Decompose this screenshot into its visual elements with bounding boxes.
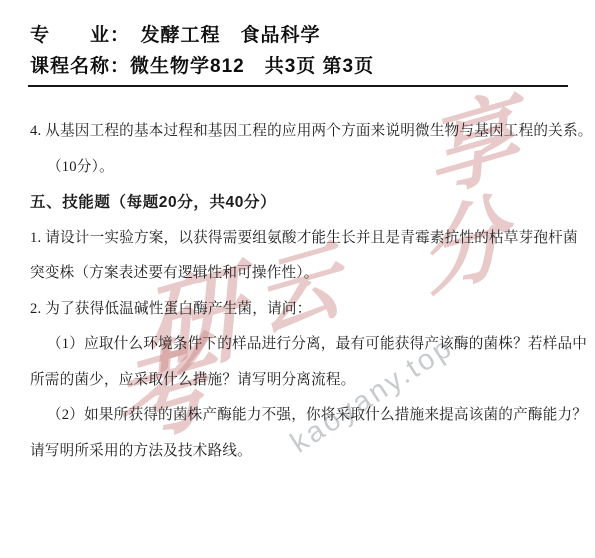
- skill-q1-line1: 1. 请设计一实验方案，以获得需要组氨酸才能生长并且是青霉素抗性的枯草芽孢杆菌: [30, 219, 580, 255]
- question-body: 4. 从基因工程的基本过程和基因工程的应用两个方面来说明微生物与基因工程的关系。…: [30, 112, 580, 467]
- course-line: 课程名称：微生物学812 共3页 第3页: [30, 51, 374, 82]
- question-4-score: （10分）。: [30, 148, 580, 184]
- exam-page: 考 研 云 分 享 kaoyany.top 专 业： 发酵工程 食品科学 课程名…: [0, 0, 595, 558]
- major-line: 专 业： 发酵工程 食品科学: [30, 20, 374, 51]
- skill-q2-intro: 2. 为了获得低温碱性蛋白酶产生菌，请问：: [30, 290, 580, 326]
- skill-q2-part2-line2: 请写明所采用的方法及技术路线。: [30, 432, 580, 468]
- skill-q1-line2: 突变株（方案表述要有逻辑性和可操作性）。: [30, 254, 580, 290]
- paper-header: 专 业： 发酵工程 食品科学 课程名称：微生物学812 共3页 第3页: [30, 20, 374, 82]
- skill-q2-part1-line1: （1）应取什么环境条件下的样品进行分离，最有可能获得产该酶的菌株？若样品中: [30, 325, 580, 361]
- question-4: 4. 从基因工程的基本过程和基因工程的应用两个方面来说明微生物与基因工程的关系。: [30, 112, 580, 148]
- skill-q2-part1-line2: 所需的菌少，应采取什么措施？请写明分离流程。: [30, 361, 580, 397]
- header-rule: [28, 85, 568, 87]
- skill-q2-part2-line1: （2）如果所获得的菌株产酶能力不强，你将采取什么措施来提高该菌的产酶能力？: [30, 396, 580, 432]
- section-5-heading: 五、技能题（每题20分，共40分）: [30, 183, 580, 219]
